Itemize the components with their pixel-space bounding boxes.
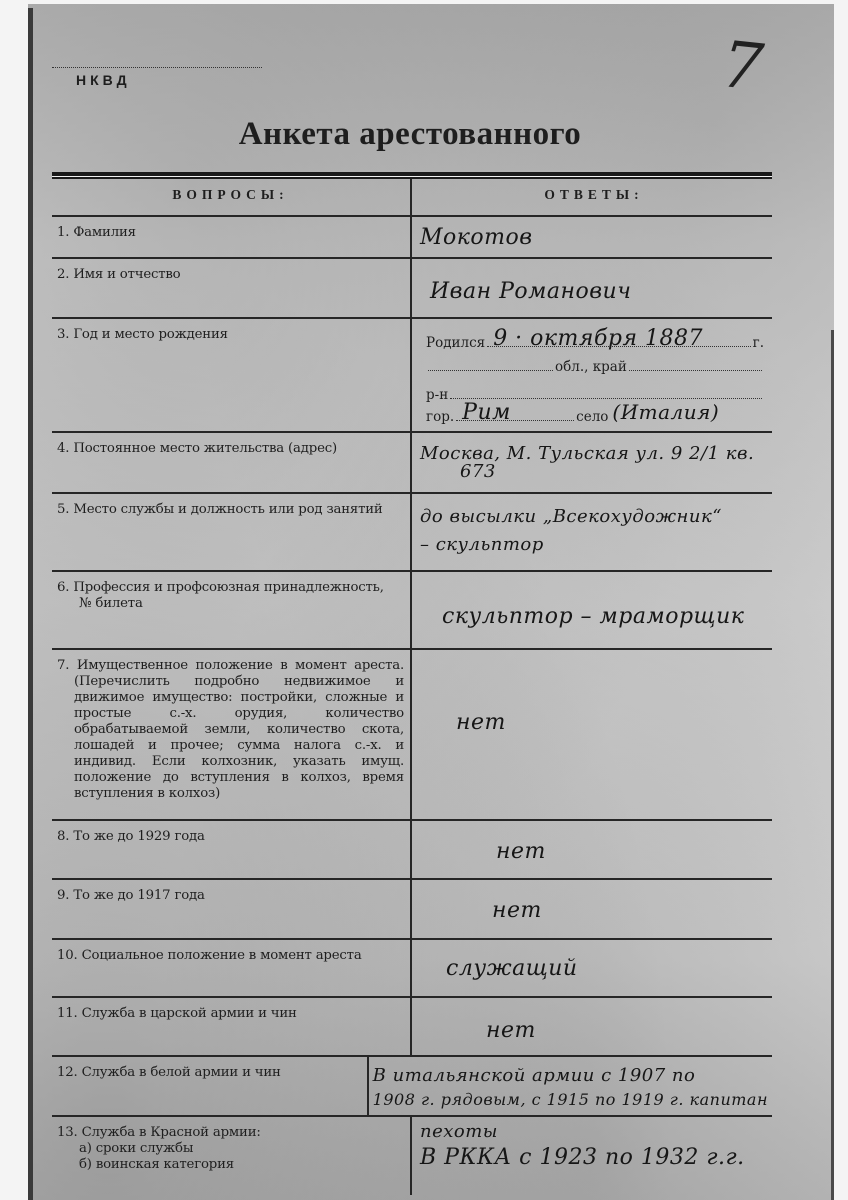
answer-tsarist-army: нет (420, 1002, 768, 1044)
question-cell: 7. Имущественное положение в момент арес… (52, 650, 410, 819)
answer-cell: Москва, М. Тульская ул. 9 2/1 кв. 673 (412, 433, 772, 492)
answer-white-army: В итальянской армии с 1907 по (373, 1061, 768, 1087)
answer-social-status: служащий (420, 944, 768, 982)
table-row: 7. Имущественное положение в момент арес… (52, 650, 772, 821)
answer-cell: Родился 9 · октября 1887 г. обл., край р… (412, 319, 772, 431)
answer-property-1929: нет (420, 825, 768, 865)
answer-cell: В итальянской армии с 1907 по 1908 г. ря… (369, 1057, 772, 1115)
table-row: 10. Социальное положение в момент ареста… (52, 940, 772, 998)
question-cell: 9. То же до 1917 года (52, 880, 410, 938)
answer-property-1917: нет (420, 884, 768, 924)
table-row: 2. Имя и отчество Иван Романович (52, 259, 772, 319)
answer-surname: Мокотов (420, 221, 768, 251)
table-row: 11. Служба в царской армии и чин нет (52, 998, 772, 1057)
dotted-rule (52, 67, 262, 68)
answer-position: – скульптор (420, 528, 768, 556)
answer-cell: нет (412, 821, 772, 878)
page-title: Анкета арестованного (0, 116, 820, 153)
answer-cell: нет (412, 650, 772, 819)
question-cell: 1. Фамилия (52, 217, 410, 257)
questions-header: ВОПРОСЫ: (52, 179, 410, 215)
table-row: 6. Профессия и профсоюзная принадлежност… (52, 572, 772, 650)
table-row: 9. То же до 1917 года нет (52, 880, 772, 940)
question-cell: 4. Постоянное место жительства (адрес) (52, 433, 410, 492)
answer-cell: до высылки „Всекохудожник“ – скульптор (412, 494, 772, 570)
answers-header: ОТВЕТЫ: (412, 179, 772, 215)
questionnaire-table: ВОПРОСЫ: ОТВЕТЫ: 1. Фамилия Мокотов 2. И… (52, 172, 772, 1195)
city-line: гор. Рим село (Италия) (426, 403, 764, 425)
answer-workplace: до высылки „Всекохудожник“ (420, 498, 768, 528)
answer-cell: служащий (412, 940, 772, 996)
header-rule (52, 172, 772, 177)
answer-cell: пехоты В РККА с 1923 по 1932 г.г. (412, 1117, 772, 1195)
answer-property: нет (420, 654, 768, 736)
table-row: 13. Служба в Красной армии: а) сроки слу… (52, 1117, 772, 1195)
answer-cell: скульптор – мраморщик (412, 572, 772, 648)
table-row: 4. Постоянное место жительства (адрес) М… (52, 433, 772, 494)
page-edge-shadow (28, 8, 33, 1200)
question-cell: 13. Служба в Красной армии: а) сроки слу… (52, 1117, 410, 1195)
table-row: 3. Год и место рождения Родился 9 · октя… (52, 319, 772, 433)
question-cell: 3. Год и место рождения (52, 319, 410, 431)
answer-cell: Иван Романович (412, 259, 772, 317)
answer-cell: нет (412, 998, 772, 1055)
agency-label: НКВД (76, 72, 131, 88)
table-row: 1. Фамилия Мокотов (52, 217, 772, 259)
answer-cell: Мокотов (412, 217, 772, 257)
answer-red-army-category: пехоты (420, 1121, 768, 1143)
table-row: 5. Место службы и должность или род заня… (52, 494, 772, 572)
folio-number: 7 (718, 28, 766, 106)
birth-date-value: 9 · октября 1887 (493, 326, 703, 352)
question-cell: 12. Служба в белой армии и чин (52, 1057, 367, 1115)
table-row: 12. Служба в белой армии и чин В итальян… (52, 1057, 772, 1117)
table-header-row: ВОПРОСЫ: ОТВЕТЫ: (52, 179, 772, 217)
answer-white-army-line2: 1908 г. рядовым, с 1915 по 1919 г. капит… (373, 1087, 768, 1111)
answer-red-army-term: В РККА с 1923 по 1932 г.г. (420, 1143, 768, 1171)
birth-country-value: (Италия) (612, 399, 719, 425)
question-cell: 11. Служба в царской армии и чин (52, 998, 410, 1055)
table-row: 8. То же до 1929 года нет (52, 821, 772, 880)
region-line: обл., край (426, 353, 764, 375)
page-right-edge (831, 330, 834, 1200)
answer-name: Иван Романович (420, 263, 768, 305)
birth-city-value: Рим (462, 400, 511, 426)
question-cell: 2. Имя и отчество (52, 259, 410, 317)
answer-profession: скульптор – мраморщик (420, 576, 768, 630)
question-cell: 6. Профессия и профсоюзная принадлежност… (52, 572, 410, 648)
birth-date-line: Родился 9 · октября 1887 г. (426, 329, 764, 351)
answer-address-apt: 673 (420, 465, 768, 479)
answer-cell: нет (412, 880, 772, 938)
question-cell: 10. Социальное положение в момент ареста (52, 940, 410, 996)
question-cell: 8. То же до 1929 года (52, 821, 410, 878)
question-cell: 5. Место службы и должность или род заня… (52, 494, 410, 570)
